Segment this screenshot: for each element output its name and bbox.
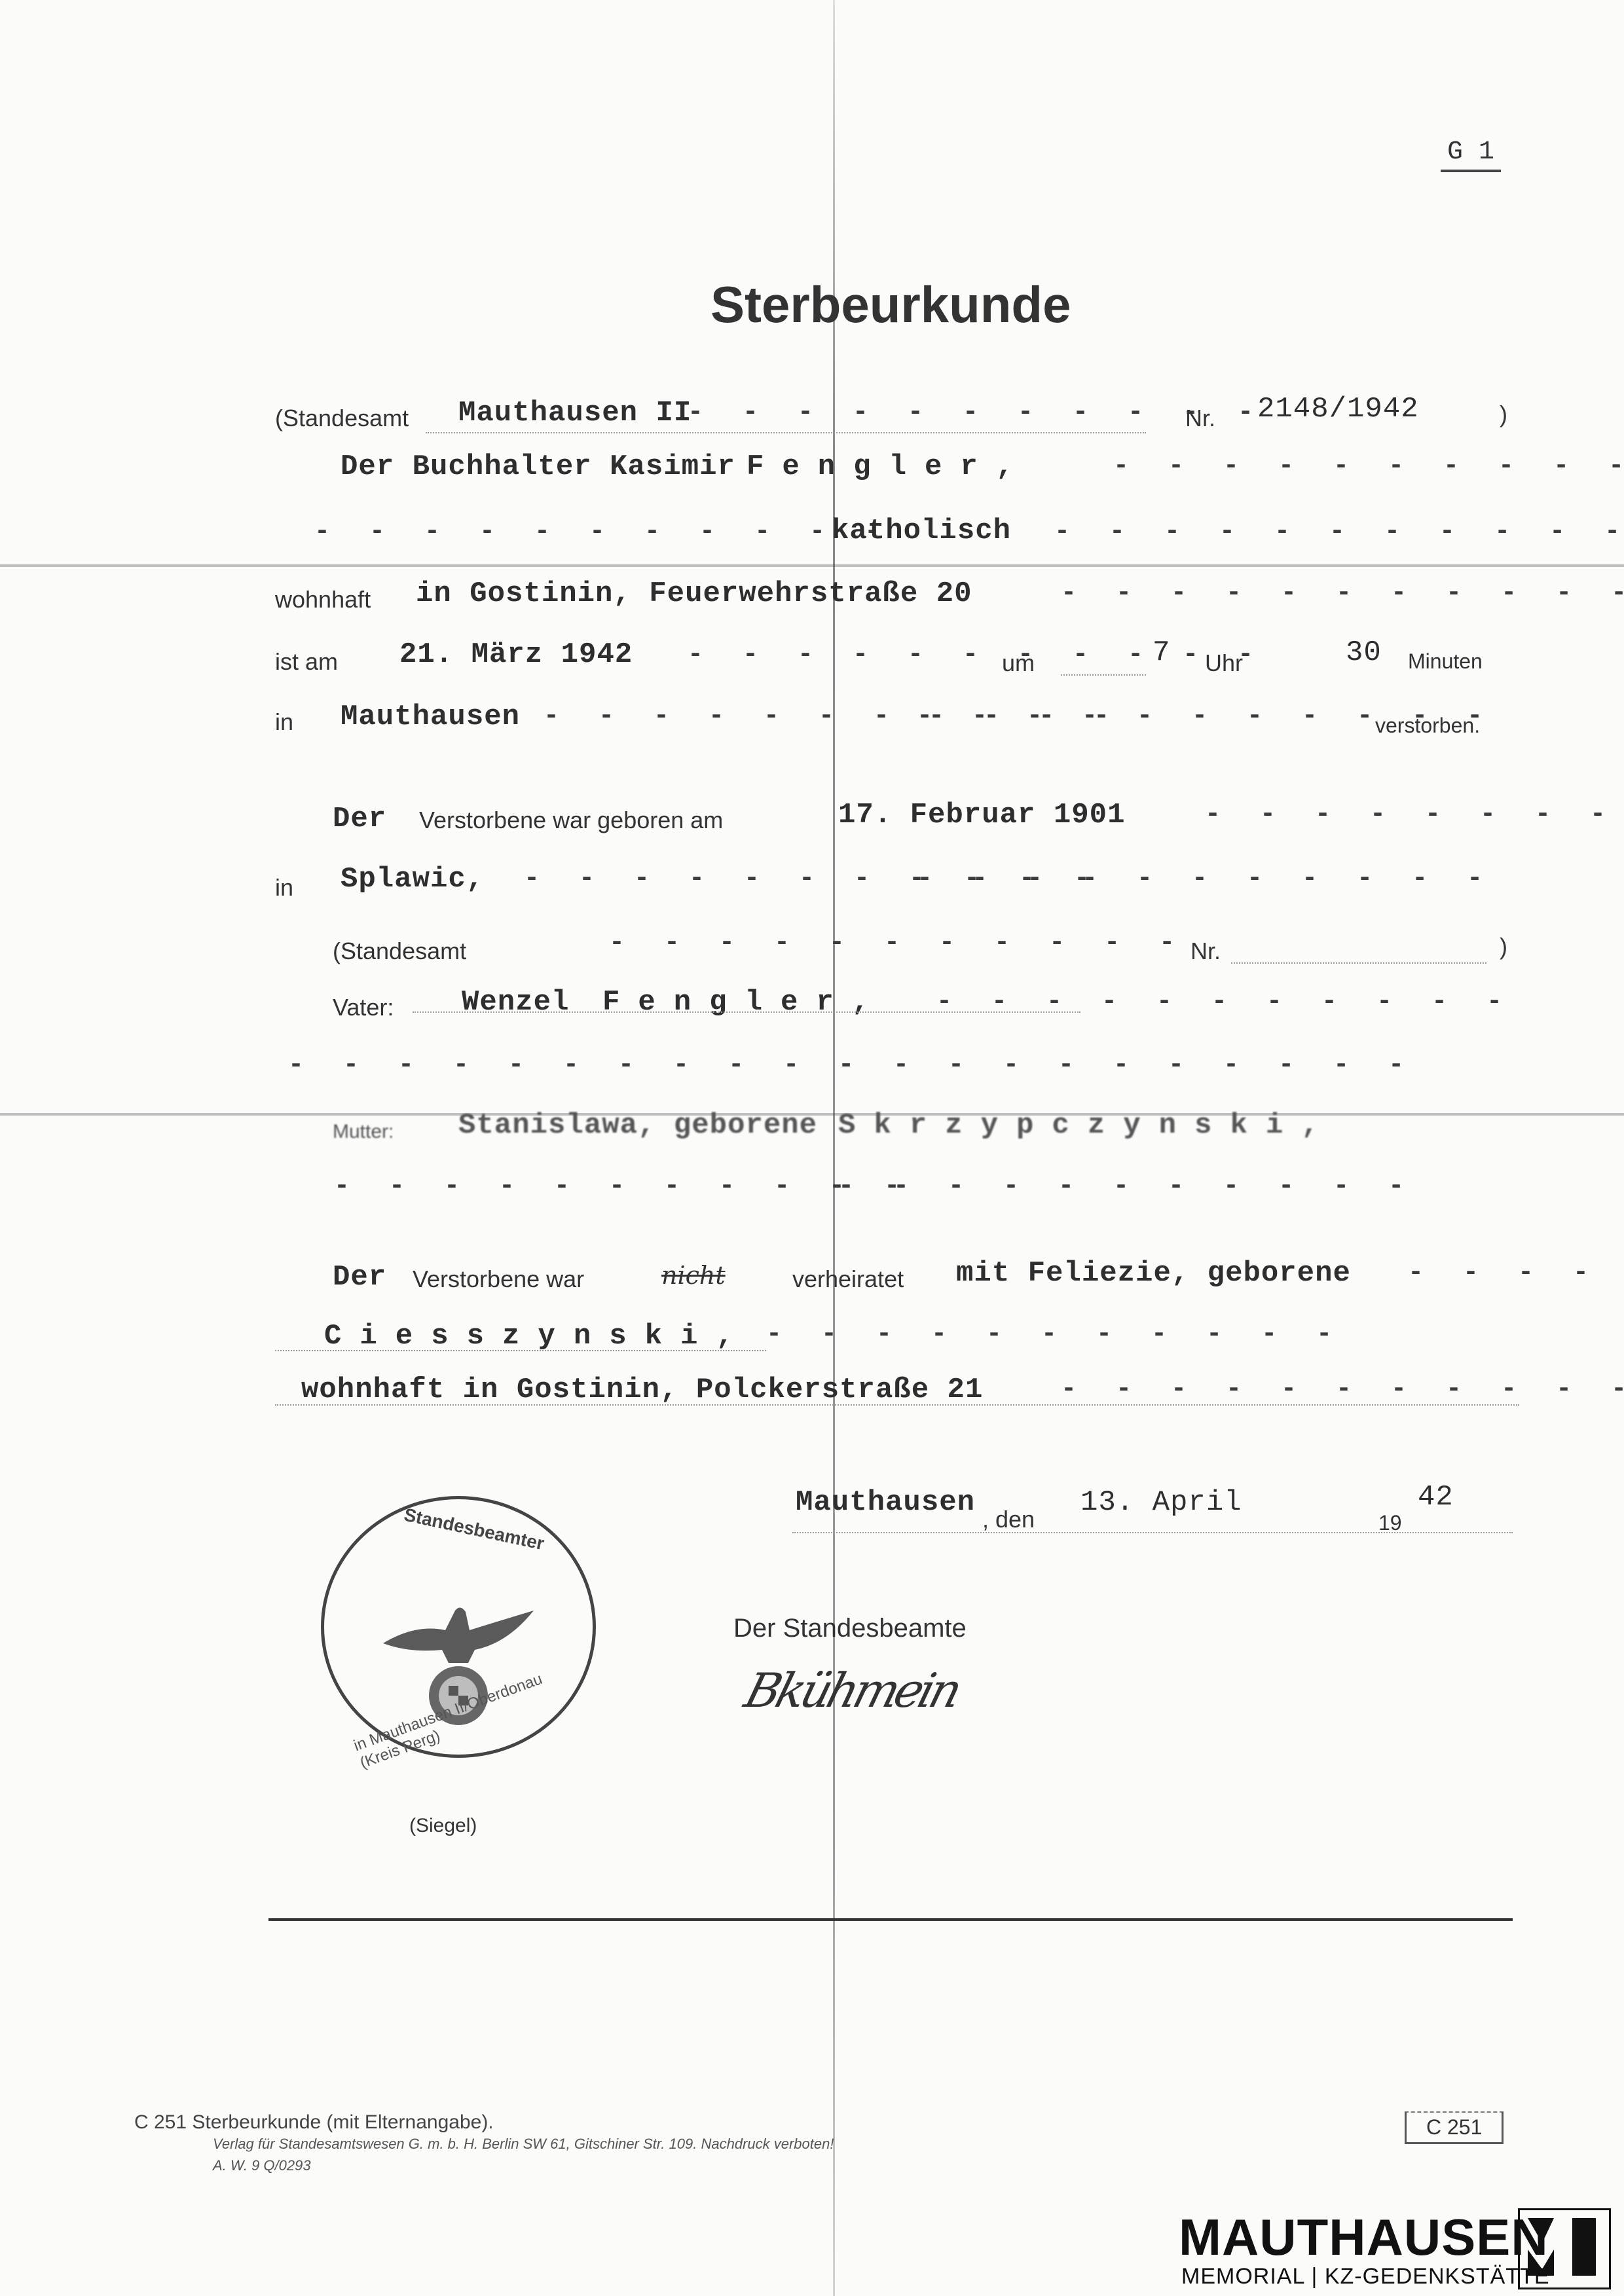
deceased-residence: in Gostinin, Feuerwehrstraße 20 <box>416 577 972 610</box>
dash-fill: - - - - - - - - - - - <box>688 640 1265 670</box>
struck-nicht: nicht <box>661 1261 726 1290</box>
document-title: Sterbeurkunde <box>710 275 1071 335</box>
form-code: A. W. 9 Q/0293 <box>213 2157 311 2174</box>
birth-date: 17. Februar 1901 <box>838 799 1125 831</box>
birth-place: Splawic, <box>341 863 484 896</box>
dash-fill: - - - - - - - - - - - <box>314 517 892 547</box>
dash-fill: - - - - - - - - - - - <box>838 1051 1416 1080</box>
dash-fill: - - - - - - - - - - - <box>766 1320 1344 1349</box>
mother-maiden-name: Skrzypczynski, <box>838 1109 1337 1142</box>
birth-registry-close: ) <box>1500 933 1507 960</box>
official-label: Der Standesbeamte <box>733 1614 967 1643</box>
death-place: Mauthausen <box>341 701 520 733</box>
death-hour: 7 <box>1153 636 1170 669</box>
paper-fold-horizontal <box>0 564 1624 567</box>
registry-number: 2148/1942 <box>1257 393 1419 426</box>
issue-year: 42 <box>1418 1481 1454 1514</box>
seal-top-text: Standesbeamter <box>402 1504 546 1555</box>
mauthausen-m-logo-icon <box>1518 2208 1611 2289</box>
memorial-logo-name: MAUTHAUSEN <box>1179 2208 1549 2267</box>
registry-close: ) <box>1500 401 1507 428</box>
issue-date: 13. April <box>1080 1486 1242 1519</box>
mother-label: Mutter: <box>333 1121 394 1143</box>
death-minutes: 30 <box>1346 636 1382 669</box>
dash-fill: - - - - - - - - - - - <box>1205 800 1624 829</box>
dash-fill: - - - - - - - - - - - <box>1061 579 1624 608</box>
official-seal: Standesbeamter in Mauthausen II/Oberdona… <box>321 1496 596 1758</box>
dash-fill: - - - - - - - - - - - <box>288 1051 866 1080</box>
birth-der: Der <box>333 803 386 835</box>
dash-fill: - - - - - - - - - - - <box>917 864 1494 894</box>
marriage-der: Der <box>333 1261 386 1294</box>
dash-fill: - - - - - - - - - - - <box>1408 1258 1624 1288</box>
issue-den-label: , den <box>982 1506 1035 1533</box>
minuten-label: Minuten <box>1408 649 1483 674</box>
death-place-label: in <box>275 708 293 736</box>
dash-fill: - - - - - - - - - - - <box>609 928 1187 958</box>
dash-fill: - - - - - - - - - - - <box>688 398 1265 428</box>
time-um-label: um <box>1002 649 1035 677</box>
spouse-residence: wohnhaft in Gostinin, Polckerstraße 21 <box>301 1374 983 1406</box>
form-number-box: C 251 <box>1405 2111 1504 2144</box>
birth-intro: Verstorbene war geboren am <box>419 807 723 834</box>
official-signature: Bkühmein <box>739 1663 965 1718</box>
registry-office: Mauthausen II <box>458 397 692 429</box>
marriage-intro: Verstorbene war <box>413 1266 584 1293</box>
dash-fill: - - - - - - - - - - - <box>334 1172 912 1201</box>
publisher-line: Verlag für Standesamtswesen G. m. b. H. … <box>213 2136 834 2153</box>
form-description: C 251 Sterbeurkunde (mit Elternangabe). <box>134 2111 494 2134</box>
page-reference: G 1 <box>1441 137 1501 172</box>
birth-place-label: in <box>275 874 293 902</box>
deceased-surname: Fengler, <box>747 450 1031 483</box>
memorial-logo-subtitle: MEMORIAL | KZ-GEDENKSTÄTTE <box>1181 2264 1550 2289</box>
father-label: Vater: <box>333 994 394 1021</box>
spouse-name: mit Feliezie, geborene <box>956 1257 1351 1290</box>
deceased-name: Der Buchhalter Kasimir <box>341 450 735 483</box>
verstorben-label: verstorben. <box>1375 714 1480 738</box>
issue-place: Mauthausen <box>796 1486 975 1519</box>
dash-fill: - - - - - - - - - - - <box>1061 1375 1624 1404</box>
dash-fill: - - - - - - - - - - - <box>1113 452 1624 481</box>
dash-fill: - - - - - - - - - - - <box>1054 517 1624 547</box>
verheiratet-label: verheiratet <box>792 1266 904 1293</box>
death-date-label: ist am <box>275 648 338 676</box>
paper-fold-vertical <box>833 0 835 2296</box>
registry-nr-label: Nr. <box>1185 405 1215 432</box>
bottom-rule <box>268 1918 1513 1921</box>
father-surname: Fengler, <box>602 986 887 1019</box>
birth-nr-label: Nr. <box>1190 938 1221 965</box>
father-first-name: Wenzel <box>462 986 569 1019</box>
seal-caption: (Siegel) <box>409 1815 477 1837</box>
mother-name: Stanislawa, geborene <box>458 1109 817 1142</box>
residence-label: wohnhaft <box>275 586 371 613</box>
spouse-maiden-name: Ciesszynski, <box>324 1320 752 1353</box>
death-date: 21. März 1942 <box>399 638 633 671</box>
deceased-religion: katholisch <box>832 515 1011 547</box>
registry-label: (Standesamt <box>275 405 409 432</box>
uhr-label: Uhr <box>1205 649 1243 677</box>
birth-registry-label: (Standesamt <box>333 938 466 965</box>
dash-fill: - - - - - - - - - - - <box>838 1172 1416 1201</box>
